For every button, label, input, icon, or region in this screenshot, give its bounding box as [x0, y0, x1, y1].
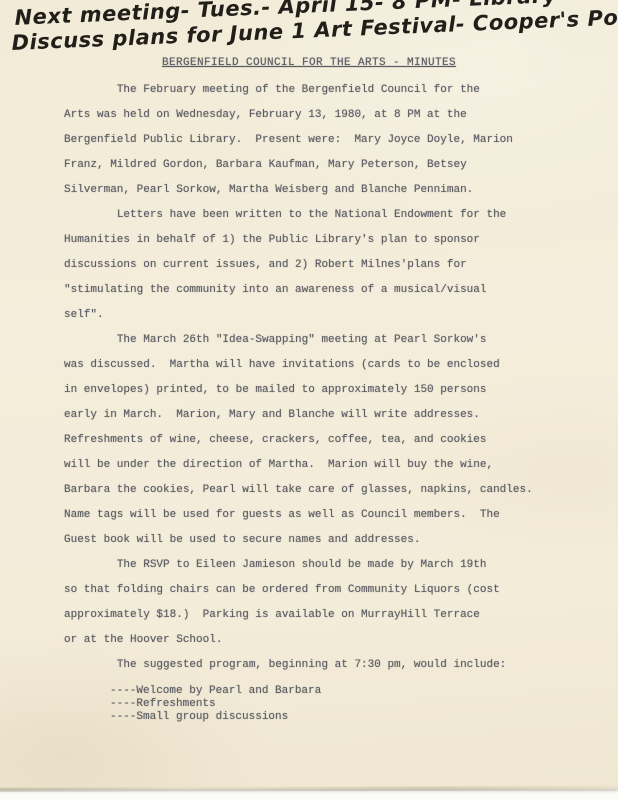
document-title: BERGENFIELD COUNCIL FOR THE ARTS - MINUT… — [0, 0, 618, 69]
typed-paragraph: Letters have been written to the Nationa… — [64, 203, 590, 328]
typed-paragraph: The March 26th "Idea-Swapping" meeting a… — [64, 328, 590, 553]
typed-paragraph: The February meeting of the Bergenfield … — [64, 78, 590, 203]
program-item: ----Small group discussions — [110, 711, 590, 724]
typed-paragraph: The RSVP to Eileen Jamieson should be ma… — [64, 553, 590, 653]
typed-paragraph: The suggested program, beginning at 7:30… — [64, 653, 590, 678]
typed-body: The February meeting of the Bergenfield … — [0, 69, 618, 724]
scanned-document: Next meeting- Tues.- April 15- 8 PM- Lib… — [0, 0, 618, 800]
program-list: ----Welcome by Pearl and Barbara ----Ref… — [110, 685, 590, 724]
scanned-page: Next meeting- Tues.- April 15- 8 PM- Lib… — [0, 0, 618, 789]
program-item: ----Refreshments — [110, 698, 590, 711]
program-item: ----Welcome by Pearl and Barbara — [110, 685, 590, 698]
